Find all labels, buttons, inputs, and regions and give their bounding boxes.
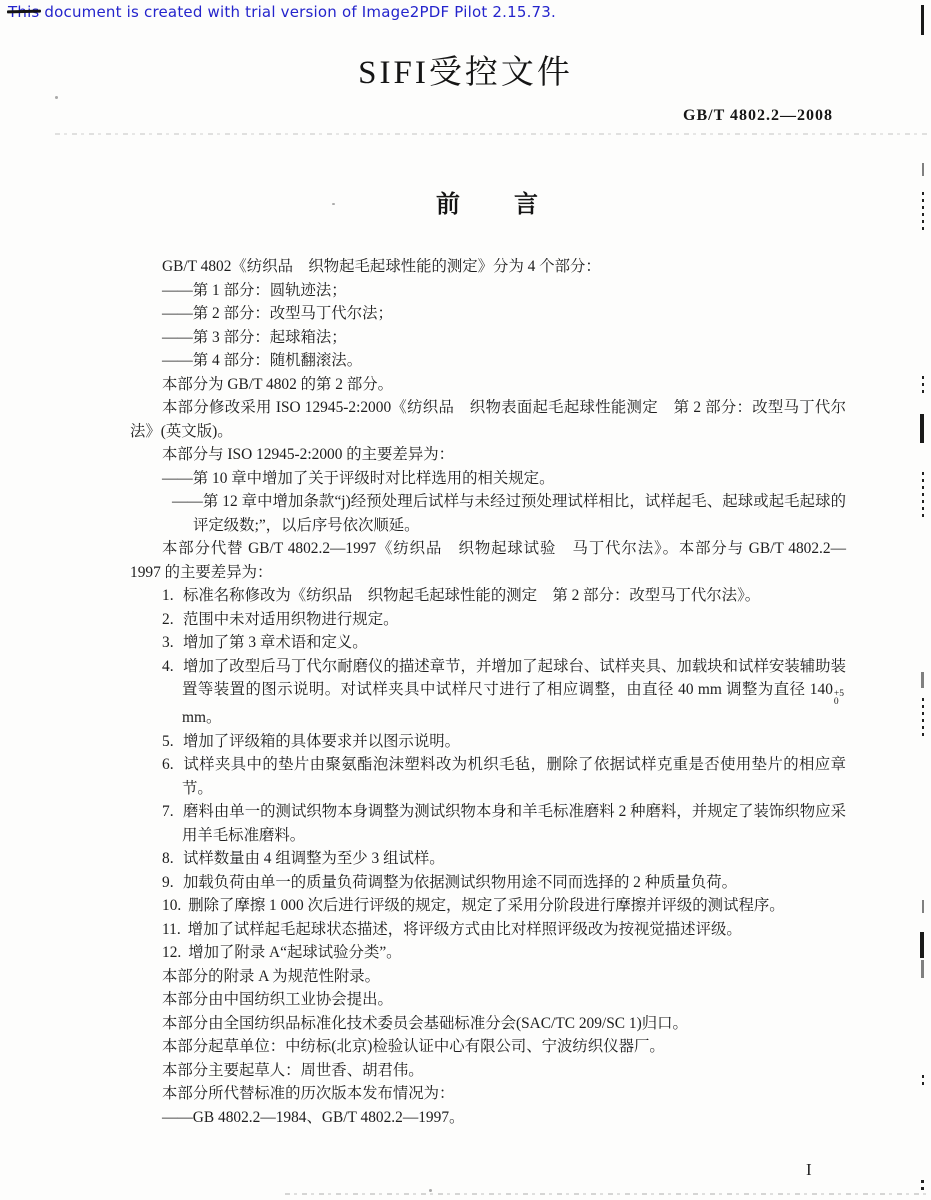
numbered-item: 4.增加了改型后马丁代尔耐磨仪的描述章节，并增加了起球台、试样夹具、加载块和试样… (182, 655, 846, 730)
numbered-item: 7.磨料由单一的测试织物本身调整为测试织物本身和羊毛标准磨料 2 种磨料，并规定… (182, 800, 846, 847)
paragraph: 本部分由全国纺织品标准化技术委员会基础标准分会(SAC/TC 209/SC 1)… (130, 1012, 846, 1036)
paragraph: 本部分起草单位：中纺标(北京)检验认证中心有限公司、宁波纺织仪器厂。 (130, 1035, 846, 1059)
tolerance-notation: +50 (834, 690, 844, 706)
paragraph: GB/T 4802《纺织品 织物起毛起球性能的测定》分为 4 个部分： (130, 255, 846, 279)
scan-artifact (922, 163, 924, 176)
numbered-item: 5.增加了评级箱的具体要求并以图示说明。 (182, 730, 846, 754)
scan-artifact (920, 414, 924, 443)
item-number: 6. (162, 753, 176, 777)
item-number: 12. (162, 941, 181, 965)
standard-number: GB/T 4802.2—2008 (683, 107, 833, 125)
scan-artifact (922, 192, 924, 231)
paragraph: 本部分的附录 A 为规范性附录。 (130, 965, 846, 989)
paragraph: ——第 10 章中增加了关于评级时对比样选用的相关规定。 (130, 467, 846, 491)
item-number: 8. (162, 847, 176, 871)
numbered-item: 6.试样夹具中的垫片由聚氨酯泡沫塑料改为机织毛毡，删除了依据试样克重是否使用垫片… (182, 753, 846, 800)
document-body: GB/T 4802《纺织品 织物起毛起球性能的测定》分为 4 个部分：——第 1… (130, 255, 846, 1129)
scan-artifact (922, 698, 924, 737)
scan-artifact (921, 960, 924, 978)
numbered-item: 3.增加了第 3 章术语和定义。 (182, 631, 846, 655)
scan-noise-line (55, 133, 931, 135)
paragraph: ——第 3 部分：起球箱法； (130, 326, 846, 350)
numbered-item: 2.范围中未对适用织物进行规定。 (182, 608, 846, 632)
trial-version-notice: This document is created with trial vers… (8, 3, 556, 21)
document-control-title: SIFI受控文件 (0, 52, 931, 94)
item-number: 3. (162, 631, 176, 655)
item-number: 9. (162, 871, 176, 895)
item-number: 10. (162, 894, 181, 918)
paragraph: 本部分代替 GB/T 4802.2—1997《纺织品 织物起球试验 马丁代尔法》… (130, 537, 846, 584)
paragraph: ——第 4 部分：随机翻滚法。 (130, 349, 846, 373)
scan-noise-line (285, 1193, 931, 1195)
scan-artifact (921, 1180, 924, 1193)
scan-speck (332, 203, 335, 205)
paragraph: 本部分由中国纺织工业协会提出。 (130, 988, 846, 1012)
paragraph: 本部分主要起草人：周世香、胡君伟。 (130, 1059, 846, 1083)
numbered-item: 1.标准名称修改为《纺织品 织物起毛起球性能的测定 第 2 部分：改型马丁代尔法… (182, 584, 846, 608)
paragraph: 本部分与 ISO 12945-2:2000 的主要差异为： (130, 443, 846, 467)
scan-artifact (922, 900, 924, 913)
item-number: 5. (162, 730, 176, 754)
scan-artifact (922, 472, 924, 520)
paragraph: ——GB 4802.2—1984、GB/T 4802.2—1997。 (130, 1106, 846, 1130)
item-number: 7. (162, 800, 176, 824)
numbered-item: 11.增加了试样起毛起球状态描述，将评级方式由比对样照评级改为按视觉描述评级。 (182, 918, 846, 942)
scan-artifact (922, 1075, 924, 1088)
paragraph: ——第 12 章中增加条款“j)经预处理后试样与未经过预处理试样相比，试样起毛、… (193, 490, 846, 537)
numbered-item: 9.加载负荷由单一的质量负荷调整为依据测试织物用途不同而选择的 2 种质量负荷。 (182, 871, 846, 895)
paragraph: ——第 1 部分：圆轨迹法； (130, 279, 846, 303)
paragraph: ——第 2 部分：改型马丁代尔法； (130, 302, 846, 326)
scanned-document-page: This document is created with trial vers… (0, 0, 931, 1200)
foreword-heading: 前 言 (130, 184, 846, 219)
paragraph: 本部分为 GB/T 4802 的第 2 部分。 (130, 373, 846, 397)
numbered-item: 10.删除了摩擦 1 000 次后进行评级的规定，规定了采用分阶段进行摩擦并评级… (182, 894, 846, 918)
paragraph: 本部分修改采用 ISO 12945-2:2000《纺织品 织物表面起毛起球性能测… (130, 396, 846, 443)
paragraph: 本部分所代替标准的历次版本发布情况为： (130, 1082, 846, 1106)
scan-artifact (921, 672, 924, 688)
page-number: I (806, 1160, 812, 1180)
item-number: 11. (162, 918, 181, 942)
scan-speck (55, 96, 58, 99)
numbered-item: 12.增加了附录 A“起球试验分类”。 (182, 941, 846, 965)
item-number: 4. (162, 655, 176, 679)
scan-artifact (922, 376, 924, 397)
numbered-item: 8.试样数量由 4 组调整为至少 3 组试样。 (182, 847, 846, 871)
item-number: 2. (162, 608, 176, 632)
scan-speck (429, 1189, 432, 1192)
item-number: 1. (162, 584, 176, 608)
scan-artifact (921, 5, 924, 35)
scan-artifact (920, 932, 924, 958)
